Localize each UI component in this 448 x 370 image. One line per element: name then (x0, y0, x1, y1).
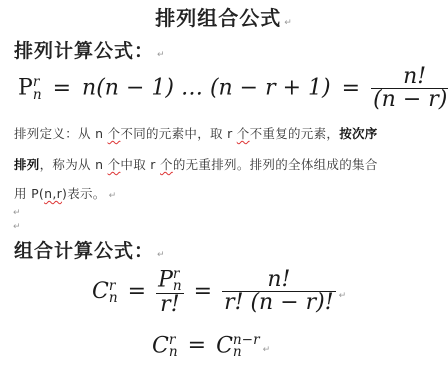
sub-n: n (233, 346, 260, 358)
equals-sign: = (342, 76, 360, 101)
formula-symbol-c: C (216, 333, 233, 358)
fraction-numerator: n! (371, 66, 448, 89)
paragraph-mark-icon: ↵ (339, 291, 347, 301)
text-run: 中取 r (120, 157, 160, 172)
document-title: 排列组合公式↵ (0, 2, 448, 31)
paragraph-mark-icon: ↵ (263, 345, 271, 355)
formula-product: n(n − 1) … (n − r + 1) (82, 76, 331, 101)
sub-n: n (173, 280, 182, 292)
permutation-formula: Prn = n(n − 1) … (n − r + 1) = n! (n − r… (18, 66, 448, 111)
equals-sign: = (194, 279, 212, 304)
combination-heading: 组合计算公式：↵ (14, 236, 166, 263)
spellcheck-word: n,r (44, 186, 62, 201)
formula-symbol-p: P (18, 76, 33, 101)
definition-line-2: 排列，称为从 n 个中取 r 个的无重排列。排列的全体组成的集合 (14, 155, 378, 173)
paragraph-mark-icon: ↵ (109, 191, 117, 201)
symbol-p: P (158, 267, 173, 292)
text-run: 排列定义：从 n (14, 126, 108, 141)
sub-n: n (109, 292, 118, 304)
equals-sign: = (188, 333, 206, 358)
equals-sign: = (53, 76, 71, 101)
formula-indices: n−rn (233, 334, 260, 359)
paragraph-mark-icon: ↵ (157, 50, 166, 60)
spellcheck-word: 个 (108, 157, 121, 172)
equals-sign: = (128, 279, 146, 304)
text-run: 不同的元素中，取 r (120, 126, 236, 141)
definition-line-1: 排列定义：从 n 个不同的元素中，取 r 个不重复的元素，按次序 (14, 124, 378, 142)
paragraph-mark-icon: ↵ (284, 18, 293, 28)
permutation-heading: 排列计算公式：↵ (14, 36, 166, 63)
text-run: 用 P( (14, 186, 44, 201)
formula-fraction-1: Prn r! (156, 268, 184, 316)
definition-line-3: 用 P(n,r)表示。↵ (14, 184, 116, 202)
formula-indices: rn (109, 280, 118, 305)
combination-formula-1: Crn = Prn r! = n! r! (n − r)! ↵ (92, 268, 346, 316)
combination-heading-text: 组合计算公式： (14, 240, 154, 262)
formula-indices: rn (169, 334, 178, 359)
formula-fraction: n! (n − r)! (371, 66, 448, 111)
combination-formula-2: Crn = Cn−rn↵ (152, 334, 270, 359)
formula-indices: rn (33, 76, 42, 101)
text-run: )表示。 (62, 186, 106, 201)
formula-symbol-c: C (152, 333, 169, 358)
text-run: 的无重排列。排列的全体组成的集合 (173, 157, 378, 172)
spellcheck-word: 个 (237, 126, 250, 141)
text-run: ，称为从 n (40, 157, 108, 172)
paragraph-mark-icon: ↵ (157, 250, 166, 260)
formula-indices: rn (173, 268, 182, 293)
fraction-denominator: (n − r)! (371, 89, 448, 111)
formula-fraction-2: n! r! (n − r)! (222, 269, 335, 314)
empty-paragraph-mark-icon: ↵ (13, 208, 21, 218)
text-run: 不重复的元素， (250, 126, 340, 141)
spellcheck-word: 个 (160, 157, 173, 172)
fraction-denominator: r! (156, 294, 184, 316)
spellcheck-word: 个 (108, 126, 121, 141)
empty-paragraph-mark-icon: ↵ (13, 222, 21, 232)
sub-n: n (33, 89, 42, 101)
fraction-numerator: n! (222, 269, 335, 292)
title-text: 排列组合公式 (155, 6, 281, 30)
sub-n: n (169, 346, 178, 358)
permutation-heading-text: 排列计算公式： (14, 40, 154, 62)
formula-symbol-c: C (92, 279, 109, 304)
fraction-numerator: Prn (156, 268, 184, 294)
bold-text: 按次序 (339, 126, 377, 141)
fraction-denominator: r! (n − r)! (222, 292, 335, 314)
bold-text: 排列 (14, 157, 40, 172)
